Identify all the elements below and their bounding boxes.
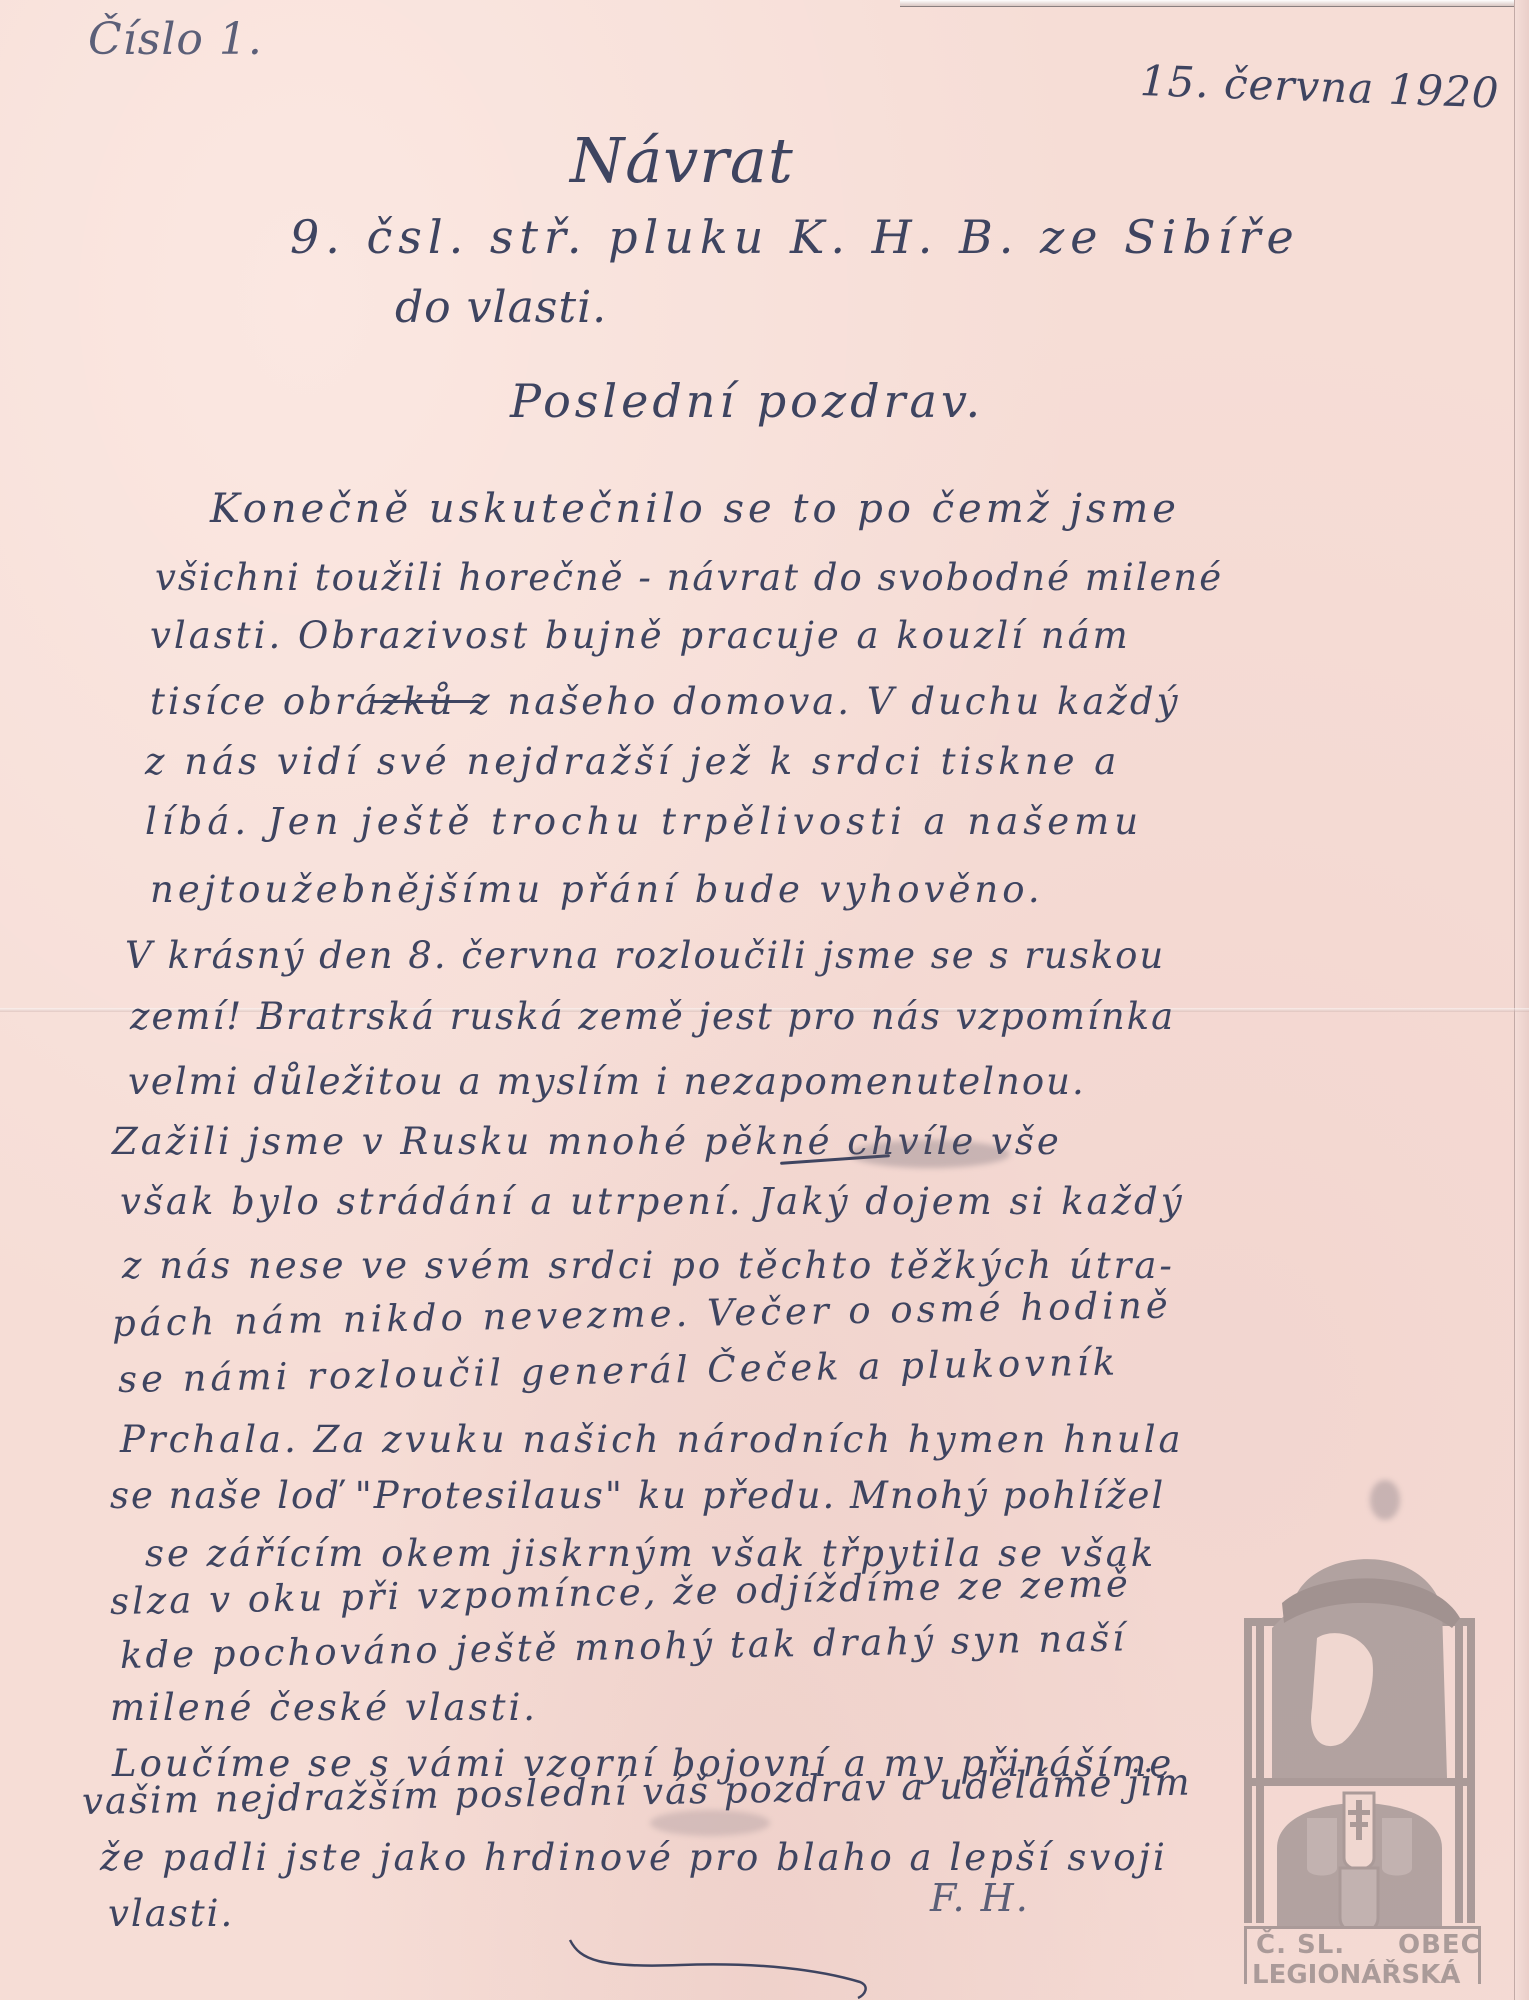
section-heading: Poslední pozdrav.: [510, 374, 984, 428]
body-line: že padli jste jako hrdinové pro blaho a …: [100, 1836, 1168, 1879]
legion-watermark-logo: Č. SL. OBEC LEGIONÁŘSKÁ: [1222, 1528, 1497, 1983]
watermark-text-bottom: LEGIONÁŘSKÁ: [1252, 1960, 1460, 1990]
body-line: z nás vidí své nejdražší jež k srdci tis…: [145, 740, 1120, 783]
watermark-text-right: OBEC: [1398, 1930, 1481, 1960]
body-line: líbá. Jen ještě trochu trpělivosti a naš…: [145, 800, 1143, 843]
body-line: Prchala. Za zvuku našich národních hymen…: [120, 1418, 1184, 1461]
body-line: všichni toužili horečně - návrat do svob…: [155, 556, 1223, 599]
body-line: zemí! Bratrská ruská země jest pro nás v…: [130, 995, 1175, 1038]
letter-subtitle-line2: do vlasti.: [395, 282, 607, 333]
body-line: Konečně uskutečnilo se to po čemž jsme: [210, 486, 1180, 532]
letter-subtitle-line1: 9. čsl. stř. pluku K. H. B. ze Sibíře: [290, 210, 1300, 264]
body-line: velmi důležitou a myslím i nezapomenutel…: [128, 1060, 1086, 1103]
ink-smudge: [650, 1810, 770, 1836]
body-line: nejtoužebnějšímu přání bude vyhověno.: [150, 868, 1044, 911]
body-line: tisíce obrázků z našeho domova. V duchu …: [150, 680, 1181, 723]
paper-top-edge: [900, 0, 1529, 7]
ink-blot: [1370, 1480, 1400, 1520]
letter-number: Číslo 1.: [88, 14, 263, 65]
ink-smudge: [850, 1140, 1010, 1168]
signature-flourish: [560, 1920, 900, 2000]
strikethrough-mark: [370, 700, 480, 703]
body-line: milené české vlasti.: [110, 1686, 538, 1729]
body-line: vlasti. Obrazivost bujně pracuje a kouzl…: [150, 614, 1131, 657]
letter-title: Návrat: [570, 124, 794, 197]
body-line: se naše loď "Protesilaus" ku předu. Mnoh…: [110, 1474, 1165, 1517]
signature-initials: F. H.: [930, 1876, 1030, 1920]
watermark-text-left: Č. SL.: [1256, 1930, 1345, 1960]
body-line: však bylo strádání a utrpení. Jaký dojem…: [120, 1180, 1185, 1223]
body-line: vlasti.: [108, 1892, 234, 1935]
body-line: V krásný den 8. června rozloučili jsme s…: [125, 934, 1165, 977]
body-line: z nás nese ve svém srdci po těchto těžký…: [122, 1244, 1175, 1287]
legionnaire-emblem-icon: [1222, 1528, 1497, 1928]
paper-right-edge: [1514, 0, 1529, 2000]
